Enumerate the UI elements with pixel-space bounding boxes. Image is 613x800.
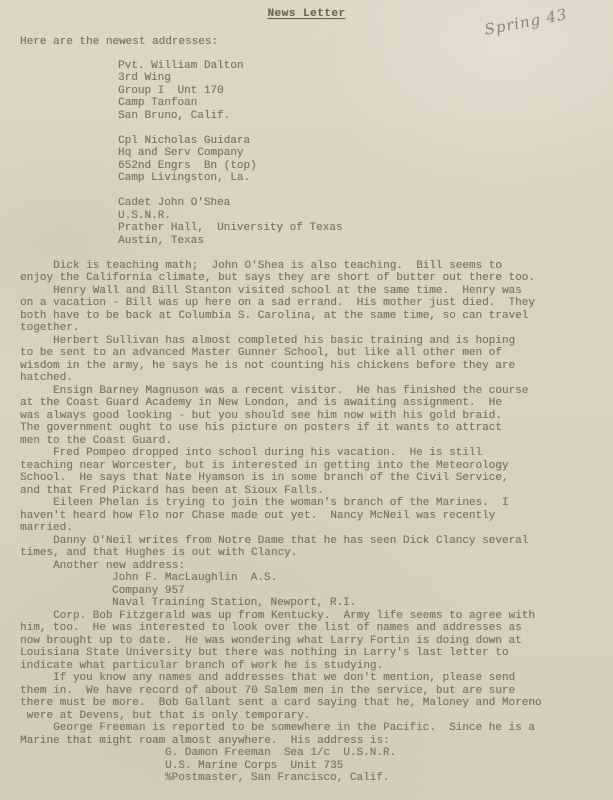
address-block-freeman: G. Damon Freeman Sea 1/c U.S.N.R. U.S. M… <box>20 747 602 785</box>
paragraph-magnuson: Ensign Barney Magnuson was a recent visi… <box>20 385 602 448</box>
address-block-oshea: Cadet John O'Shea U.S.N.R. Prather Hall,… <box>20 197 602 247</box>
paragraph-phelan: Eileen Phelan is trying to join the woma… <box>20 497 602 535</box>
address-block-guidara: Cpl Nicholas Guidara Hq and Serv Company… <box>20 135 602 185</box>
paragraph-sullivan: Herbert Sullivan has almost completed hi… <box>20 335 602 385</box>
address-block-dalton: Pvt. William Dalton 3rd Wing Group I Unt… <box>20 60 602 123</box>
paragraph-wall-stanton: Henry Wall and Bill Stanton visited scho… <box>20 285 602 335</box>
paragraph-oneil: Danny O'Neil writes from Notre Dame that… <box>20 535 602 560</box>
paragraph-fitzgerald: Corp. Bob Fitzgerald was up from Kentuck… <box>20 610 602 673</box>
paragraph-send-addresses: If you know any names and addresses that… <box>20 672 602 722</box>
address-block-maclaughlin: John F. MacLaughlin A.S. Company 957 Nav… <box>20 572 602 610</box>
letter-body: Here are the newest addresses: Pvt. Will… <box>20 36 602 785</box>
paragraph-freeman: George Freeman is reported to be somewhe… <box>20 722 602 747</box>
newsletter-page: News Letter Spring 43 Here are the newes… <box>0 0 613 800</box>
paragraph-pompeo: Fred Pompeo dropped into school during h… <box>20 447 602 497</box>
another-address-label: Another new address: <box>20 560 602 573</box>
paragraph-teaching: Dick is teaching math; John O'Shea is al… <box>20 260 602 285</box>
intro-line: Here are the newest addresses: <box>20 36 602 49</box>
